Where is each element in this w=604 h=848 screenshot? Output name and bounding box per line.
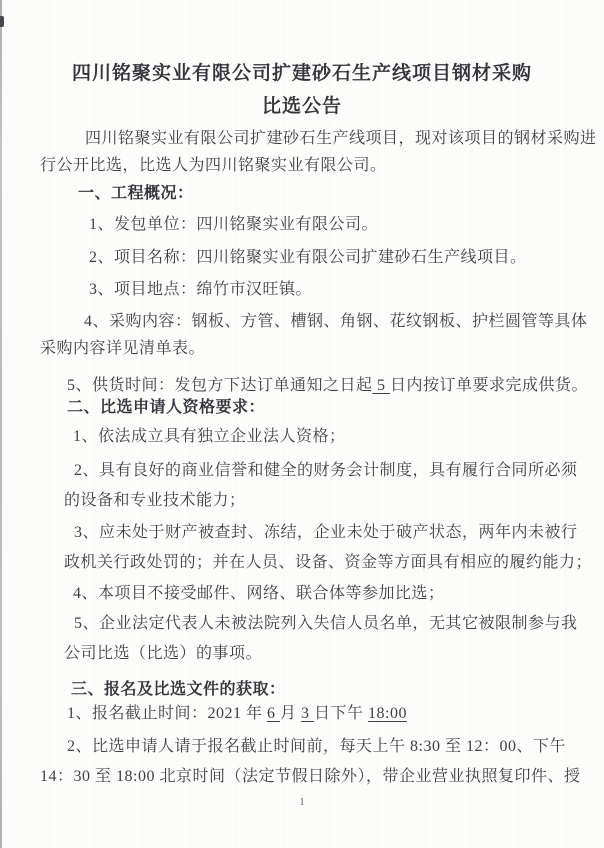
- page-number: 1: [0, 796, 604, 808]
- scanned-page: 四川铭聚实业有限公司扩建砂石生产线项目钢材采购 比选公告 四川铭聚实业有限公司扩…: [0, 0, 604, 848]
- intro-paragraph: 四川铭聚实业有限公司扩建砂石生产线项目，现对该项目的钢材采购进 行公开比选，比选…: [40, 125, 585, 179]
- doc-text: 日下午: [314, 705, 368, 722]
- scan-edge-artifact: [0, 0, 2, 848]
- doc-line: 四川铭聚实业有限公司扩建砂石生产线项目，现对该项目的钢材采购进: [40, 125, 585, 152]
- supply-days-value: 5: [373, 377, 391, 394]
- doc-text: 月: [280, 705, 301, 722]
- section-2-heading: 二、比选申请人资格要求：: [40, 394, 604, 421]
- doc-line: 2、比选申请人请于报名截止时间前，每天上午 8:30 至 12：00、下午: [40, 732, 585, 762]
- scan-edge-mark: [0, 16, 4, 27]
- item-procurement-content: 4、采购内容：钢板、方管、槽钢、角钢、花纹钢板、护栏圆管等具体 采购内容详见清单…: [40, 308, 585, 362]
- doc-line: 4、采购内容：钢板、方管、槽钢、角钢、花纹钢板、护栏圆管等具体: [40, 308, 585, 335]
- doc-line: 5、企业法定代表人未被法院列入失信人员名单，无其它被限制参与我: [64, 609, 604, 639]
- doc-line: 2、具有良好的商业信誉和健全的财务会计制度，具有履行合同所必须: [64, 456, 604, 486]
- doc-title-line2: 比选公告: [0, 93, 604, 121]
- qualification-item-2: 2、具有良好的商业信誉和健全的财务会计制度，具有履行合同所必须 的设备和专业技术…: [40, 456, 604, 516]
- doc-text: 1、报名截止时间：2021 年: [67, 705, 267, 722]
- doc-line: 14：30 至 18:00 北京时间（法定节假日除外），带企业营业执照复印件、授: [40, 762, 585, 792]
- doc-line: 3、应未处于财产被查封、冻结，企业未处于破产状态，两年内未被行: [64, 518, 604, 548]
- doc-text: 5、供货时间：发包方下达订单通知之日起: [67, 377, 373, 394]
- doc-text: 日内按订单要求完成供货。: [390, 377, 588, 394]
- doc-line: 的设备和专业技术能力；: [64, 486, 604, 516]
- deadline-month-value: 6: [267, 705, 280, 722]
- qualification-item-4: 4、本项目不接受邮件、网络、联合体等参加比选；: [40, 580, 604, 607]
- qualification-item-1: 1、依法成立具有独立企业法人资格；: [40, 423, 604, 450]
- doc-line: 政机关行政处罚的；并在人员、设备、资金等方面具有相应的履约能力；: [64, 548, 604, 578]
- doc-line: 行公开比选，比选人为四川铭聚实业有限公司。: [40, 152, 585, 179]
- doc-line: 采购内容详见清单表。: [40, 335, 585, 362]
- section-1-heading: 一、工程概况：: [40, 180, 604, 207]
- registration-instructions: 2、比选申请人请于报名截止时间前，每天上午 8:30 至 12：00、下午 14…: [40, 732, 585, 792]
- doc-line: 公司比选（比选）的事项。: [64, 639, 604, 669]
- registration-deadline: 1、报名截止时间：2021 年 6 月 3 日下午 18:00: [40, 700, 604, 727]
- item-project-name: 2、项目名称：四川铭聚实业有限公司扩建砂石生产线项目。: [40, 244, 604, 271]
- deadline-time-value: 18:00: [368, 705, 407, 722]
- section-3-heading: 三、报名及比选文件的获取：: [40, 676, 604, 703]
- item-project-location: 3、项目地点：绵竹市汉旺镇。: [40, 276, 604, 303]
- doc-title-line1: 四川铭聚实业有限公司扩建砂石生产线项目钢材采购: [0, 60, 604, 88]
- qualification-item-5: 5、企业法定代表人未被法院列入失信人员名单，无其它被限制参与我 公司比选（比选）…: [40, 609, 604, 669]
- qualification-item-3: 3、应未处于财产被查封、冻结，企业未处于破产状态，两年内未被行 政机关行政处罚的…: [40, 518, 604, 578]
- item-contracting-unit: 1、发包单位：四川铭聚实业有限公司。: [40, 211, 604, 238]
- deadline-day-value: 3: [301, 705, 314, 722]
